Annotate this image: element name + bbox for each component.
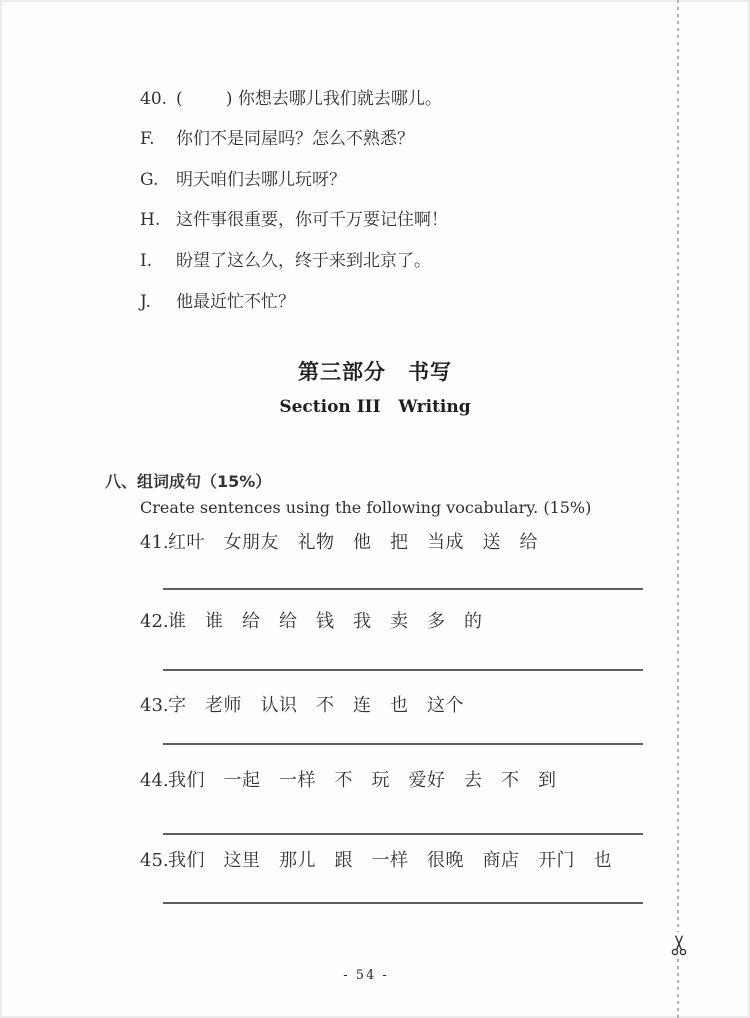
- exercise-heading: 八、组词成句（15%）: [105, 469, 271, 492]
- option-letter: I.: [140, 250, 176, 273]
- item-words: 红叶 女朋友 礼物 他 把 当成 送 给: [168, 531, 538, 555]
- answer-line-45: [163, 902, 643, 904]
- question-40-row: 40. ( ) 你想去哪儿我们就去哪儿。: [140, 88, 442, 111]
- vocab-item-43: 43. 字 老师 认识 不 连 也 这个: [140, 694, 464, 718]
- item-number: 43.: [140, 694, 168, 718]
- item-number: 42.: [140, 610, 168, 634]
- vocab-item-45: 45. 我们 这里 那儿 跟 一样 很晚 商店 开门 也: [140, 849, 612, 873]
- item-number: 45.: [140, 849, 168, 873]
- option-text: 你们不是同屋吗？怎么不熟悉？: [176, 128, 414, 151]
- item-words: 谁 谁 给 给 钱 我 卖 多 的: [168, 610, 483, 634]
- option-text: 盼望了这么久，终于来到北京了。: [176, 250, 431, 273]
- question-40-text: ( ) 你想去哪儿我们就去哪儿。: [176, 88, 442, 111]
- item-words: 我们 这里 那儿 跟 一样 很晚 商店 开门 也: [168, 849, 612, 873]
- item-number: 41.: [140, 531, 168, 555]
- workbook-page: 40. ( ) 你想去哪儿我们就去哪儿。 F. 你们不是同屋吗？怎么不熟悉？ G…: [0, 0, 750, 1018]
- vocab-item-42: 42. 谁 谁 给 给 钱 我 卖 多 的: [140, 610, 483, 634]
- option-row-i: I. 盼望了这么久，终于来到北京了。: [140, 250, 431, 273]
- vocab-item-41: 41. 红叶 女朋友 礼物 他 把 当成 送 给: [140, 531, 538, 555]
- answer-line-43: [163, 743, 643, 745]
- option-letter: F.: [140, 128, 176, 151]
- option-text: 明天咱们去哪儿玩呀？: [176, 169, 346, 192]
- cut-dotted-line: [677, 0, 679, 1018]
- option-row-h: H. 这件事很重要，你可千万要记住啊！: [140, 209, 448, 232]
- answer-line-41: [163, 588, 643, 590]
- option-letter: J.: [140, 291, 176, 314]
- exercise-instruction: Create sentences using the following voc…: [140, 498, 591, 517]
- option-letter: H.: [140, 209, 176, 232]
- answer-line-44: [163, 833, 643, 835]
- option-text: 他最近忙不忙？: [176, 291, 295, 314]
- page-number: - 54 -: [0, 968, 732, 983]
- scissors-icon: [666, 932, 692, 958]
- option-text: 这件事很重要，你可千万要记住啊！: [176, 209, 448, 232]
- option-letter: G.: [140, 169, 176, 192]
- section-title-zh: 第三部分 书写: [0, 356, 750, 386]
- option-row-j: J. 他最近忙不忙？: [140, 291, 295, 314]
- question-number: 40.: [140, 88, 176, 111]
- option-row-g: G. 明天咱们去哪儿玩呀？: [140, 169, 346, 192]
- vocab-item-44: 44. 我们 一起 一样 不 玩 爱好 去 不 到: [140, 769, 557, 793]
- item-words: 我们 一起 一样 不 玩 爱好 去 不 到: [168, 769, 557, 793]
- item-number: 44.: [140, 769, 168, 793]
- answer-line-42: [163, 669, 643, 671]
- option-row-f: F. 你们不是同屋吗？怎么不熟悉？: [140, 128, 414, 151]
- section-title-en: Section III Writing: [0, 397, 750, 417]
- item-words: 字 老师 认识 不 连 也 这个: [168, 694, 464, 718]
